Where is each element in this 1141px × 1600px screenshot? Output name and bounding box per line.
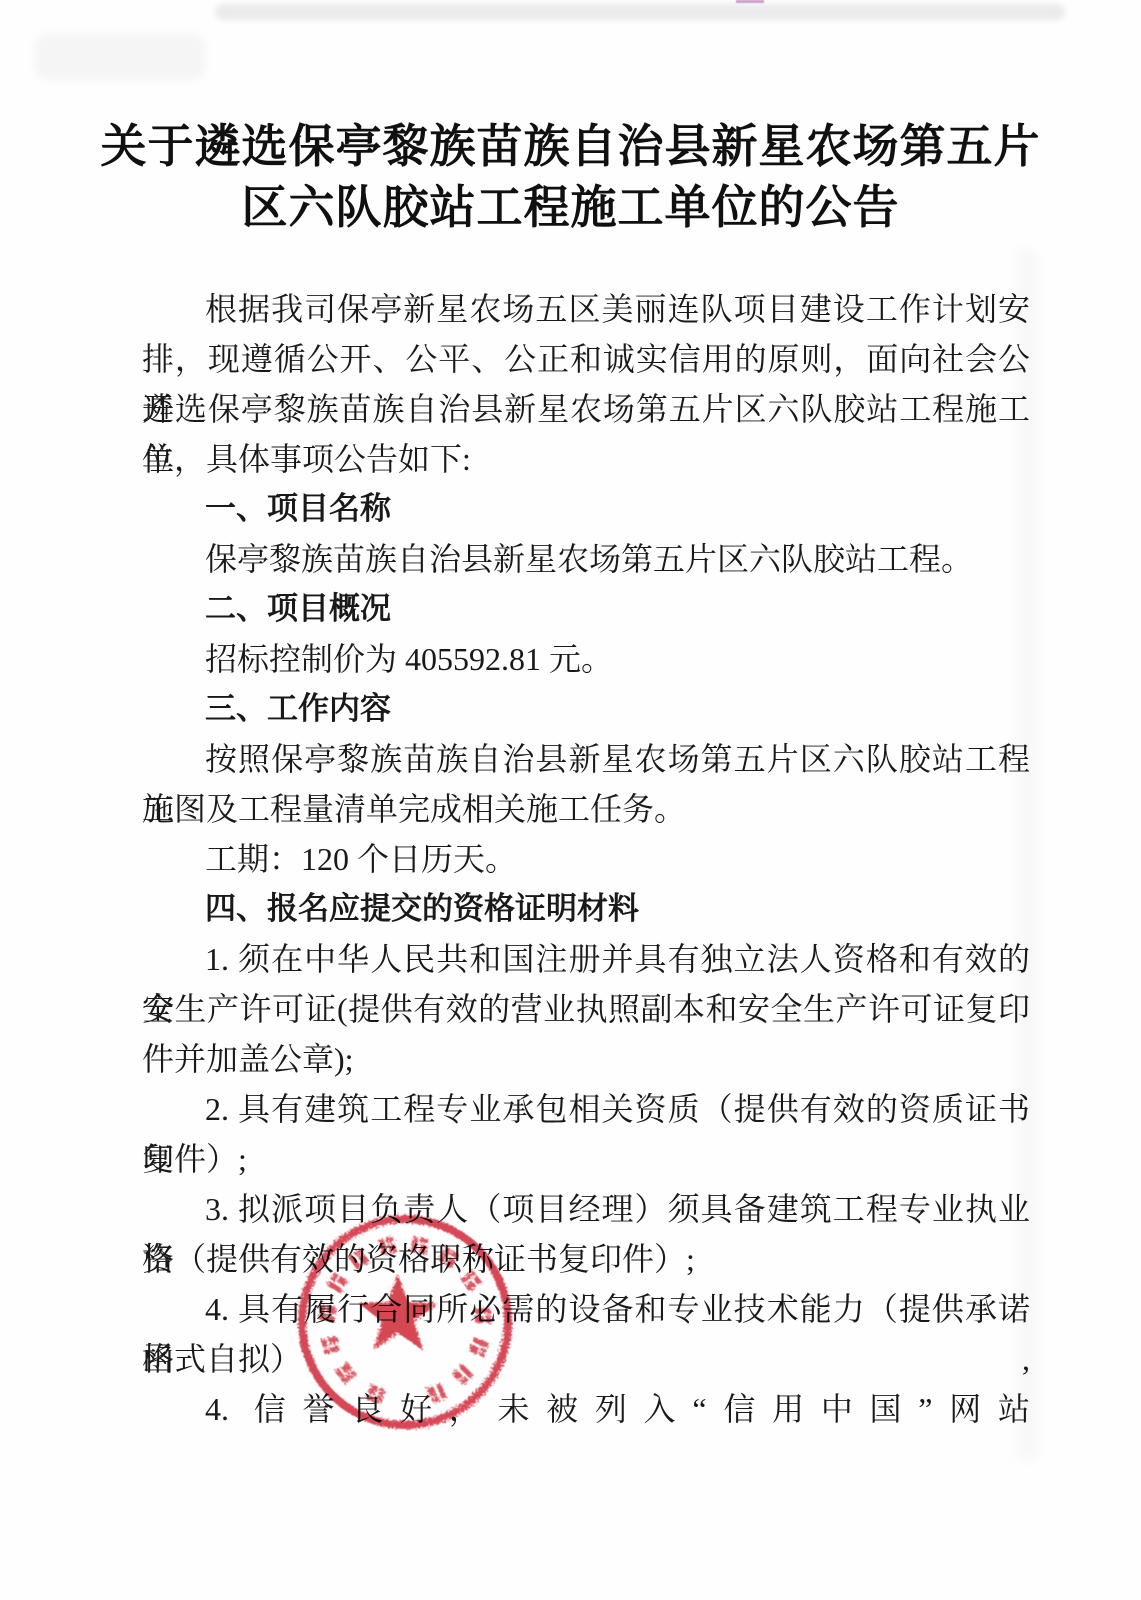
section-heading: 三、工作内容 — [142, 684, 1030, 734]
body-line: 2. 具有建筑工程专业承包相关资质（提供有效的资质证书复 — [142, 1084, 1030, 1134]
body-line: 印件）; — [142, 1134, 1030, 1184]
body-line: 全生产许可证(提供有效的营业执照副本和安全生产许可证复印 — [142, 984, 1030, 1034]
scan-artifact-dash — [736, 0, 764, 3]
body-line: 4. 信誉良好，未被列入“信用中国”网站 — [142, 1384, 1030, 1434]
document-title: 关于遴选保亭黎族苗族自治县新星农场第五片 区六队胶站工程施工单位的公告 — [55, 116, 1086, 238]
body-line: 工图及工程量清单完成相关施工任务。 — [142, 784, 1030, 834]
body-line: 3. 拟派项目负责人（项目经理）须具备建筑工程专业执业资 — [142, 1184, 1030, 1234]
body-line: 工期：120 个日历天。 — [142, 834, 1030, 884]
document-body: 根据我司保亭新星农场五区美丽连队项目建设工作计划安排，现遵循公开、公平、公正和诚… — [142, 284, 1030, 1434]
body-line: 1. 须在中华人民共和国注册并具有独立法人资格和有效的安 — [142, 934, 1030, 984]
body-line: 根据我司保亭新星农场五区美丽连队项目建设工作计划安 — [142, 284, 1030, 334]
scan-artifact-smudge — [215, 4, 1065, 20]
body-line: 格（提供有效的资格职称证书复印件）; — [142, 1234, 1030, 1284]
title-line-1: 关于遴选保亭黎族苗族自治县新星农场第五片 — [55, 116, 1086, 177]
body-line: 4. 具有履行合同所必需的设备和专业技术能力（提供承诺函, — [142, 1284, 1030, 1334]
section-heading: 四、报名应提交的资格证明材料 — [142, 884, 1030, 934]
section-heading: 二、项目概况 — [142, 584, 1030, 634]
scan-artifact-smudge — [35, 34, 205, 80]
section-heading: 一、项目名称 — [142, 484, 1030, 534]
body-line: 遴选保亭黎族苗族自治县新星农场第五片区六队胶站工程施工单 — [142, 384, 1030, 434]
body-line: 排，现遵循公开、公平、公正和诚实信用的原则，面向社会公开 — [142, 334, 1030, 384]
body-line: 件并加盖公章); — [142, 1034, 1030, 1084]
body-line: 按照保亭黎族苗族自治县新星农场第五片区六队胶站工程施 — [142, 734, 1030, 784]
document-page: 关于遴选保亭黎族苗族自治县新星农场第五片 区六队胶站工程施工单位的公告 根据我司… — [0, 0, 1141, 1600]
title-line-2: 区六队胶站工程施工单位的公告 — [55, 177, 1086, 238]
body-line: 保亭黎族苗族自治县新星农场第五片区六队胶站工程。 — [142, 534, 1030, 584]
body-line: 位，具体事项公告如下: — [142, 434, 1030, 484]
body-line: 招标控制价为 405592.81 元。 — [142, 634, 1030, 684]
